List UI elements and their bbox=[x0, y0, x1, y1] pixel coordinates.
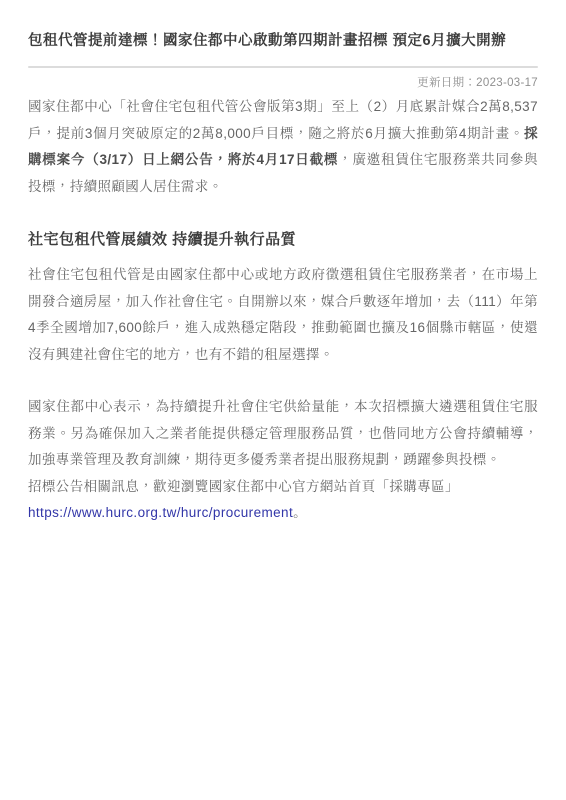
paragraph-intro: 國家住都中心「社會住宅包租代管公會版第3期」至上（2）月底累計媒合2萬8,537… bbox=[28, 94, 538, 200]
paragraph-performance: 社會住宅包租代管是由國家住都中心或地方政府徵選租賃住宅服務業者，在市場上開發合適… bbox=[28, 262, 538, 368]
paragraph-expansion: 國家住都中心表示，為持續提升社會住宅供給量能，本次招標擴大遴選租賃住宅服務業。另… bbox=[28, 394, 538, 474]
section-subheading: 社宅包租代管展績效 持續提升執行品質 bbox=[28, 228, 538, 249]
article-title: 包租代管提前達標！國家住都中心啟動第四期計畫招標 預定6月擴大開辦 bbox=[28, 30, 538, 52]
link-suffix-period: 。 bbox=[293, 505, 307, 520]
paragraph-announcement-info: 招標公告相關訊息，歡迎瀏覽國家住都中心官方網站首頁「採購專區」 bbox=[28, 474, 538, 501]
title-divider bbox=[28, 66, 538, 68]
updated-date: 更新日期：2023-03-17 bbox=[28, 74, 538, 90]
link-line: https://www.hurc.org.tw/hurc/procurement… bbox=[28, 500, 538, 527]
intro-text-leading: 國家住都中心「社會住宅包租代管公會版第3期」至上（2）月底累計媒合2萬8,537… bbox=[28, 99, 538, 141]
article-page: 包租代管提前達標！國家住都中心啟動第四期計畫招標 預定6月擴大開辦 更新日期：2… bbox=[0, 0, 566, 800]
procurement-link[interactable]: https://www.hurc.org.tw/hurc/procurement bbox=[28, 505, 293, 520]
